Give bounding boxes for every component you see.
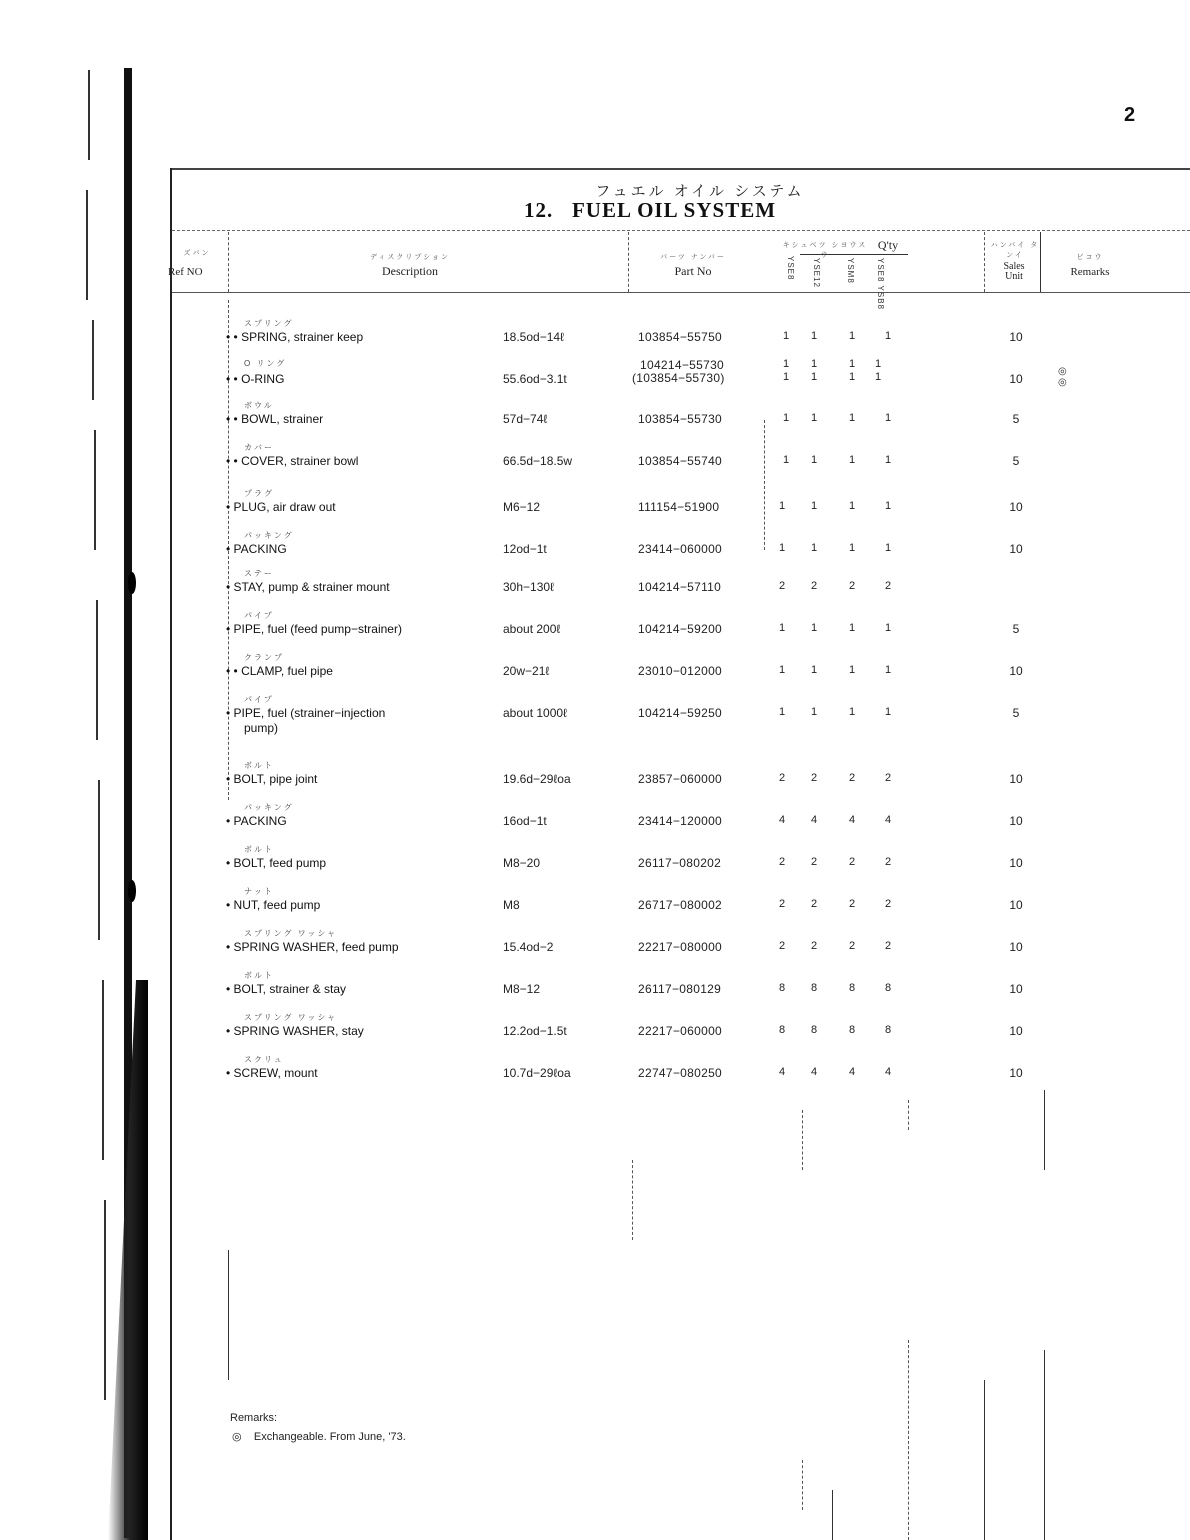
header-ref-no: Ref NO [168, 266, 218, 278]
row-sales-unit: 10 [1004, 500, 1028, 514]
row-description: • SPRING WASHER, stay [226, 1024, 364, 1038]
row-qty-4: 8 [882, 982, 894, 994]
row-qty-1: 8 [776, 982, 788, 994]
row-qty-3: 4 [846, 1066, 858, 1078]
row-qty-alt-4: 1 [872, 371, 884, 383]
row-qty-2: 2 [808, 580, 820, 592]
column-separator [228, 1250, 229, 1380]
row-sales-unit: 5 [1004, 622, 1028, 636]
row-jp-name: クランプ [244, 652, 284, 663]
row-qty-2: 2 [808, 772, 820, 784]
row-qty-alt-3: 1 [846, 371, 858, 383]
row-sales-unit: 5 [1004, 412, 1028, 426]
table-row: スプリング ワッシャ • SPRING WASHER, stay 12.2od−… [0, 1012, 1190, 1052]
row-size: 12od−1t [503, 542, 547, 556]
row-qty-1: 1 [780, 358, 792, 370]
row-remark-exchangeable-icon: ◎ ◎ [1058, 366, 1067, 388]
table-row: ナット • NUT, feed pump M8 26717−080002 2 2… [0, 886, 1190, 926]
table-row: パッキング • PACKING 12od−1t 23414−060000 1 1… [0, 530, 1190, 570]
row-size: about 200ℓ [503, 622, 560, 636]
table-row: パッキング • PACKING 16od−1t 23414−120000 4 4… [0, 802, 1190, 842]
row-size: 20w−21ℓ [503, 664, 549, 678]
row-jp-name: スプリング ワッシャ [244, 1012, 337, 1023]
table-row: スプリング ワッシャ • SPRING WASHER, feed pump 15… [0, 928, 1190, 968]
table-row: ボルト • BOLT, strainer & stay M8−12 26117−… [0, 970, 1190, 1010]
section-title: FUEL OIL SYSTEM [572, 198, 776, 222]
row-qty-3: 2 [846, 898, 858, 910]
column-separator [628, 232, 629, 292]
remarks-text: Exchangeable. From June, '73. [254, 1431, 406, 1443]
row-sales-unit: 10 [1004, 814, 1028, 828]
row-part-no: 22217−060000 [638, 1024, 722, 1038]
header-part-no: Part No [638, 264, 748, 279]
column-separator [1044, 1350, 1045, 1540]
header-sales-unit-jp: ハンバイ タンイ [990, 240, 1040, 260]
row-sales-unit: 10 [1004, 772, 1028, 786]
header-ref-no-jp: ズバン [172, 248, 222, 258]
row-jp-name: パイプ [244, 694, 274, 705]
scan-artifact [104, 1200, 106, 1400]
row-qty-1: 2 [776, 856, 788, 868]
table-row: ボルト • BOLT, pipe joint 19.6d−29ℓoa 23857… [0, 760, 1190, 800]
row-part-no-alt: (103854−55730) [632, 371, 725, 385]
row-qty-4: 1 [882, 412, 894, 424]
row-jp-name: スプリング ワッシャ [244, 928, 337, 939]
exchangeable-symbol-icon: ◎ [232, 1431, 242, 1443]
column-separator [908, 1340, 909, 1540]
row-qty-2: 1 [808, 412, 820, 424]
row-description: • NUT, feed pump [226, 898, 320, 912]
scan-artifact [88, 70, 90, 160]
row-part-no: 26117−080129 [638, 982, 721, 996]
row-description: • PACKING [226, 814, 287, 828]
row-part-no: 103854−55740 [638, 454, 722, 468]
row-qty-3: 2 [846, 580, 858, 592]
row-qty-2: 2 [808, 856, 820, 868]
row-qty-2: 1 [808, 664, 820, 676]
row-qty-1: 2 [776, 580, 788, 592]
row-part-no: 23010−012000 [638, 664, 722, 678]
row-part-no: 22747−080250 [638, 1066, 722, 1080]
row-size: 57d−74ℓ [503, 412, 547, 426]
row-qty-alt-2: 1 [808, 371, 820, 383]
row-qty-3: 1 [846, 454, 858, 466]
row-qty-1: 1 [776, 706, 788, 718]
row-qty-2: 4 [808, 814, 820, 826]
row-qty-1: 1 [776, 664, 788, 676]
row-description: • • BOWL, strainer [226, 412, 323, 426]
row-size: 66.5d−18.5w [503, 454, 572, 468]
row-qty-1: 1 [776, 500, 788, 512]
row-qty-4: 1 [882, 542, 894, 554]
remarks-title: Remarks: [230, 1412, 277, 1424]
row-part-no: 104214−55730 [640, 358, 724, 372]
row-qty-3: 1 [846, 706, 858, 718]
row-qty-2: 2 [808, 940, 820, 952]
row-qty-1: 1 [776, 542, 788, 554]
row-jp-name: ボルト [244, 844, 274, 855]
row-size: 16od−1t [503, 814, 547, 828]
page-title: 12. FUEL OIL SYSTEM [500, 198, 800, 223]
row-sales-unit: 10 [1004, 1066, 1028, 1080]
row-qty-1: 4 [776, 814, 788, 826]
row-qty-3: 2 [846, 856, 858, 868]
row-size: 18.5od−14ℓ [503, 330, 564, 344]
row-description: • PLUG, air draw out [226, 500, 336, 514]
column-separator [1044, 1090, 1045, 1170]
table-row: パイプ • PIPE, fuel (strainer−injection pum… [0, 694, 1190, 746]
column-separator [802, 1110, 803, 1170]
table-row: スプリング • • SPRING, strainer keep 18.5od−1… [0, 318, 1190, 358]
row-size: 55.6od−3.1t [503, 372, 567, 386]
row-jp-name: カバー [244, 442, 274, 453]
row-qty-4: 2 [882, 856, 894, 868]
column-separator [802, 1460, 803, 1510]
row-qty-3: 1 [846, 358, 858, 370]
row-size: M8 [503, 898, 520, 912]
row-size: 30h−130ℓ [503, 580, 554, 594]
row-qty-2: 8 [808, 982, 820, 994]
row-sales-unit: 10 [1004, 940, 1028, 954]
row-qty-3: 1 [846, 412, 858, 424]
row-qty-3: 2 [846, 940, 858, 952]
row-qty-2: 1 [808, 500, 820, 512]
row-qty-1: 2 [776, 772, 788, 784]
frame-top-rule [172, 168, 1190, 170]
row-jp-name: ステー [244, 568, 274, 579]
qty-col-1-header: YSE8 [786, 256, 795, 280]
row-part-no: 104214−59200 [638, 622, 722, 636]
row-sales-unit: 10 [1004, 982, 1028, 996]
row-qty-2: 1 [808, 454, 820, 466]
table-row: カバー • • COVER, strainer bowl 66.5d−18.5w… [0, 442, 1190, 482]
row-part-no: 22217−080000 [638, 940, 722, 954]
header-description-jp: ディスクリプション [330, 252, 490, 262]
row-qty-4: 2 [882, 772, 894, 784]
row-part-no: 103854−55730 [638, 412, 722, 426]
qty-col-3-header: YSM8 [846, 258, 855, 284]
row-qty-alt-1: 1 [780, 371, 792, 383]
scan-artifact [86, 190, 88, 300]
row-sales-unit: 5 [1004, 706, 1028, 720]
row-size: about 1000ℓ [503, 706, 567, 720]
row-qty-4: 1 [882, 454, 894, 466]
row-description: • SCREW, mount [226, 1066, 318, 1080]
table-row: ボルト • BOLT, feed pump M8−20 26117−080202… [0, 844, 1190, 884]
row-qty-4: 4 [882, 814, 894, 826]
qty-col-2-header: YSE12 [812, 258, 821, 288]
table-row: ステー • STAY, pump & strainer mount 30h−13… [0, 568, 1190, 608]
row-jp-name: ボウル [244, 400, 274, 411]
header-description: Description [330, 264, 490, 279]
remarks-note: ◎ Exchangeable. From June, '73. [232, 1430, 406, 1443]
row-jp-name: ボルト [244, 970, 274, 981]
row-sales-unit: 10 [1004, 542, 1028, 556]
row-qty-4: 1 [882, 500, 894, 512]
row-qty-3: 1 [846, 542, 858, 554]
row-description: • SPRING WASHER, feed pump [226, 940, 399, 954]
table-row: スクリュ • SCREW, mount 10.7d−29ℓoa 22747−08… [0, 1054, 1190, 1094]
row-qty-3: 1 [846, 664, 858, 676]
row-qty-2: 2 [808, 898, 820, 910]
row-part-no: 104214−59250 [638, 706, 722, 720]
row-qty-1: 1 [780, 330, 792, 342]
header-remarks-jp: ビコウ [1050, 252, 1130, 262]
row-sales-unit: 10 [1004, 372, 1028, 386]
header-rule-bottom [172, 292, 1190, 294]
qty-col-4-header: YSE8 YSB8 [876, 258, 885, 310]
row-description: • BOLT, strainer & stay [226, 982, 346, 996]
row-jp-name: スクリュ [244, 1054, 284, 1065]
row-qty-1: 1 [780, 412, 792, 424]
row-description: • BOLT, feed pump [226, 856, 326, 870]
row-qty-1: 2 [776, 898, 788, 910]
row-qty-1: 2 [776, 940, 788, 952]
row-description: • • O-RING [226, 372, 284, 386]
row-part-no: 103854−55750 [638, 330, 722, 344]
row-jp-name: ナット [244, 886, 274, 897]
row-qty-4: 2 [882, 940, 894, 952]
row-description: • BOLT, pipe joint [226, 772, 317, 786]
column-separator [908, 1100, 909, 1130]
row-part-no: 23414−060000 [638, 542, 722, 556]
row-sales-unit: 5 [1004, 454, 1028, 468]
row-jp-name: ボルト [244, 760, 274, 771]
table-row: O リング • • O-RING 55.6od−3.1t 104214−5573… [0, 358, 1190, 398]
column-separator [832, 1490, 833, 1540]
row-description-continued: pump) [244, 721, 278, 735]
row-qty-2: 8 [808, 1024, 820, 1036]
header-qty-rule [800, 254, 908, 255]
row-sales-unit: 10 [1004, 856, 1028, 870]
row-part-no: 26717−080002 [638, 898, 722, 912]
row-qty-3: 4 [846, 814, 858, 826]
page-number: 2 [1124, 104, 1135, 127]
column-separator [984, 1380, 985, 1540]
row-qty-1: 4 [776, 1066, 788, 1078]
row-qty-4: 1 [882, 706, 894, 718]
column-separator [228, 232, 229, 292]
row-jp-name: スプリング [244, 318, 294, 329]
column-separator [984, 232, 985, 292]
row-qty-3: 1 [846, 622, 858, 634]
row-qty-1: 1 [776, 622, 788, 634]
row-qty-3: 1 [846, 500, 858, 512]
column-separator [1040, 232, 1041, 292]
header-sales-unit: Sales Unit [996, 262, 1032, 282]
row-part-no: 104214−57110 [638, 580, 721, 594]
row-size: 10.7d−29ℓoa [503, 1066, 571, 1080]
row-qty-3: 8 [846, 1024, 858, 1036]
row-qty-4: 1 [882, 622, 894, 634]
row-description: • PIPE, fuel (strainer−injection [226, 706, 385, 720]
row-part-no: 23414−120000 [638, 814, 722, 828]
row-description: • • COVER, strainer bowl [226, 454, 358, 468]
row-qty-4: 1 [882, 664, 894, 676]
row-jp-name: パイプ [244, 610, 274, 621]
header-qty: Q'ty [868, 238, 908, 253]
table-row: ボウル • • BOWL, strainer 57d−74ℓ 103854−55… [0, 400, 1190, 440]
row-description: • STAY, pump & strainer mount [226, 580, 390, 594]
row-qty-2: 1 [808, 330, 820, 342]
row-qty-4: 8 [882, 1024, 894, 1036]
row-sales-unit: 10 [1004, 898, 1028, 912]
row-jp-name: O リング [244, 358, 286, 369]
row-qty-2: 1 [808, 622, 820, 634]
row-qty-4: 1 [882, 330, 894, 342]
row-description: • • CLAMP, fuel pipe [226, 664, 333, 678]
row-description: • PIPE, fuel (feed pump−strainer) [226, 622, 402, 636]
row-qty-3: 8 [846, 982, 858, 994]
row-sales-unit: 10 [1004, 1024, 1028, 1038]
row-size: M6−12 [503, 500, 540, 514]
table-row: クランプ • • CLAMP, fuel pipe 20w−21ℓ 23010−… [0, 652, 1190, 692]
row-size: M8−20 [503, 856, 540, 870]
row-size: 15.4od−2 [503, 940, 553, 954]
header-rule-top [172, 230, 1190, 232]
table-row: プラグ • PLUG, air draw out M6−12 111154−51… [0, 488, 1190, 528]
row-jp-name: パッキング [244, 802, 294, 813]
row-qty-4: 4 [882, 1066, 894, 1078]
row-qty-1: 8 [776, 1024, 788, 1036]
row-description: • • SPRING, strainer keep [226, 330, 363, 344]
row-size: 19.6d−29ℓoa [503, 772, 571, 786]
row-size: 12.2od−1.5t [503, 1024, 567, 1038]
row-jp-name: パッキング [244, 530, 294, 541]
row-qty-2: 1 [808, 706, 820, 718]
header-remarks: Remarks [1050, 266, 1130, 278]
row-description: • PACKING [226, 542, 287, 556]
row-qty-3: 2 [846, 772, 858, 784]
row-qty-2: 4 [808, 1066, 820, 1078]
row-part-no: 111154−51900 [638, 500, 719, 514]
header-part-no-jp: パーツ ナンバー [638, 252, 748, 262]
row-qty-1: 1 [780, 454, 792, 466]
row-size: M8−12 [503, 982, 540, 996]
row-qty-4: 2 [882, 580, 894, 592]
row-sales-unit: 10 [1004, 664, 1028, 678]
row-qty-2: 1 [808, 358, 820, 370]
row-part-no: 26117−080202 [638, 856, 721, 870]
row-qty-4: 2 [882, 898, 894, 910]
row-part-no: 23857−060000 [638, 772, 722, 786]
row-qty-3: 1 [846, 330, 858, 342]
section-number: 12. [524, 198, 553, 222]
row-sales-unit: 10 [1004, 330, 1028, 344]
row-qty-4: 1 [872, 358, 884, 370]
row-qty-2: 1 [808, 542, 820, 554]
table-row: パイプ • PIPE, fuel (feed pump−strainer) ab… [0, 610, 1190, 650]
row-jp-name: プラグ [244, 488, 274, 499]
column-separator [632, 1160, 633, 1240]
